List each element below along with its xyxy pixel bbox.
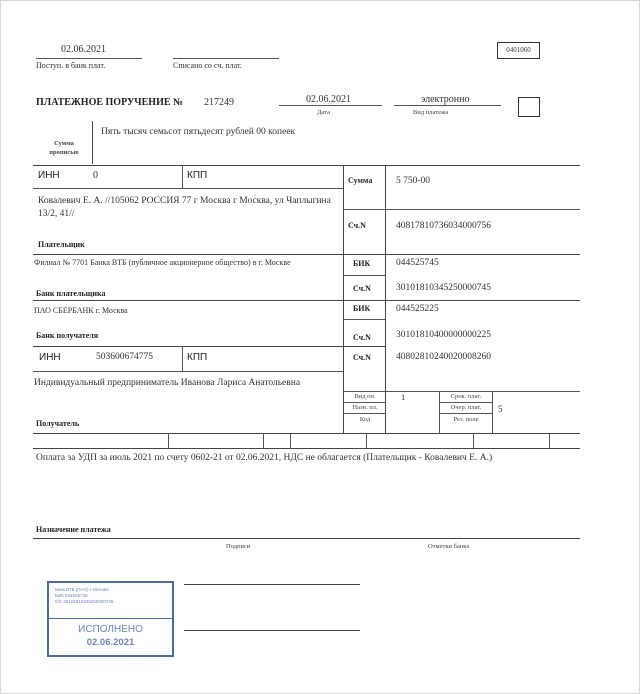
grid-line xyxy=(33,371,343,372)
signatures-label: Подписи xyxy=(226,543,250,550)
order-number: 217249 xyxy=(204,97,234,108)
grid-line xyxy=(343,165,344,433)
amount-words-divider xyxy=(92,121,93,164)
payer-kpp-label: КПП xyxy=(187,170,207,181)
sum-label: Сумма xyxy=(348,176,372,185)
grid-line xyxy=(263,433,264,448)
payee-account-label: Сч.N xyxy=(353,353,371,362)
payee-inn-label: ИНН xyxy=(39,352,61,363)
payer-account: 40817810736034000756 xyxy=(396,221,491,231)
stamp-status: ИСПОЛНЕНО xyxy=(49,623,172,636)
document-title: ПЛАТЕЖНОЕ ПОРУЧЕНИЕ № xyxy=(36,97,183,108)
payee-name: Индивидуальный предприниматель Иванова Л… xyxy=(34,378,300,388)
payment-type: электронно xyxy=(421,94,469,105)
signature-line-1 xyxy=(184,584,360,585)
grid-line xyxy=(439,413,492,414)
payer-bank-account: 30101810345250000745 xyxy=(396,283,491,293)
payment-type-underline xyxy=(394,105,501,106)
debited-underline xyxy=(173,58,279,59)
grid-line xyxy=(549,433,550,448)
amount-words-value: Пять тысяч семьсот пятьдесят рублей 00 к… xyxy=(101,127,295,137)
form-code: 0401060 xyxy=(498,43,539,58)
payer-inn-label: ИНН xyxy=(38,170,60,181)
grid-line xyxy=(366,433,367,448)
sum-value: 5 750-00 xyxy=(396,176,430,186)
stamp-corr-account: К/С 30101810345250000745 xyxy=(55,599,172,605)
date-label: Дата xyxy=(317,109,330,116)
grid-line xyxy=(182,165,183,188)
grid-line xyxy=(439,402,492,403)
purpose-label: Назначение платежа xyxy=(36,525,111,534)
payee-bank-account-label: Сч.N xyxy=(353,333,371,342)
grid-line xyxy=(492,391,493,433)
received-date: 02.06.2021 xyxy=(61,44,106,55)
grid-line xyxy=(33,346,385,347)
grid-line xyxy=(33,433,580,434)
payment-order-document: 02.06.2021 Поступ. в банк плат. Списано … xyxy=(0,0,640,694)
bank-marks-label: Отметки банка xyxy=(428,543,469,550)
payer-label: Плательщик xyxy=(38,240,85,249)
grid-line xyxy=(343,391,580,392)
payee-inn: 503600674775 xyxy=(96,352,153,362)
status-box xyxy=(518,97,540,117)
stamp-header: Банк ВТБ (ПАО) г. Москва БИК 044525745 К… xyxy=(49,583,172,619)
debited-label: Списано со сч. плат. xyxy=(173,61,242,70)
payee-bank-account: 30101810400000000225 xyxy=(396,330,491,340)
payee-bank-label: Банк получателя xyxy=(36,331,98,340)
stamp-body: ИСПОЛНЕНО 02.06.2021 xyxy=(49,623,172,649)
grid-line xyxy=(343,319,385,320)
grid-line xyxy=(473,433,474,448)
signature-line-2 xyxy=(184,630,360,631)
grid-line xyxy=(343,209,580,210)
term-label: Срок. плат. xyxy=(440,393,492,400)
payer-bank-name: Филиал № 7701 Банка ВТБ (публичное акцио… xyxy=(34,258,339,268)
grid-line xyxy=(33,448,580,449)
payer-inn: 0 xyxy=(93,170,98,181)
reserve-label: Рез. поле xyxy=(440,416,492,423)
payer-account-label: Сч.N xyxy=(348,221,366,230)
grid-line xyxy=(168,433,169,448)
payee-account: 40802810240020008260 xyxy=(396,352,491,362)
op-type: 1 xyxy=(401,392,405,402)
payer-bank-bik: 044525745 xyxy=(396,258,439,268)
purpose-text: Оплата за УДП за июль 2021 по счету 0602… xyxy=(36,453,492,463)
op-type-label: Вид оп. xyxy=(345,393,385,400)
grid-line xyxy=(182,346,183,371)
grid-line xyxy=(343,275,385,276)
payer-bank-label: Банк плательщика xyxy=(36,289,105,298)
grid-line xyxy=(33,300,580,301)
stamp-date: 02.06.2021 xyxy=(49,636,172,649)
payer-name: Ковалевич Е. А. //105062 РОССИЯ 77 г Мос… xyxy=(38,195,338,221)
grid-line xyxy=(33,165,580,166)
received-underline xyxy=(36,58,142,59)
amount-words-label: Сумма прописью xyxy=(39,139,89,157)
purpose-code-label: Назн. пл. xyxy=(345,404,385,411)
payee-label: Получатель xyxy=(36,419,79,428)
grid-line xyxy=(33,188,343,189)
date-underline xyxy=(279,105,382,106)
payment-type-label: Вид платежа xyxy=(413,109,448,116)
payee-bank-bik: 044525225 xyxy=(396,304,439,314)
form-code-box: 0401060 xyxy=(497,42,540,59)
grid-line xyxy=(385,165,386,433)
code-label: Код xyxy=(345,416,385,423)
purpose-divider xyxy=(33,538,580,539)
payee-bank-name: ПАО СБЕРБАНК г. Москва xyxy=(34,306,128,315)
payee-bank-bik-label: БИК xyxy=(353,304,370,313)
grid-line xyxy=(33,254,580,255)
received-label: Поступ. в банк плат. xyxy=(36,61,105,70)
order-date: 02.06.2021 xyxy=(306,94,351,105)
priority-label: Очер. плат. xyxy=(440,404,492,411)
grid-line xyxy=(343,413,385,414)
bank-stamp: Банк ВТБ (ПАО) г. Москва БИК 044525745 К… xyxy=(47,581,174,657)
payee-kpp-label: КПП xyxy=(187,352,207,363)
grid-line xyxy=(343,402,385,403)
grid-line xyxy=(290,433,291,448)
payer-bank-bik-label: БИК xyxy=(353,259,370,268)
payer-bank-account-label: Сч.N xyxy=(353,284,371,293)
priority: 5 xyxy=(498,404,503,414)
